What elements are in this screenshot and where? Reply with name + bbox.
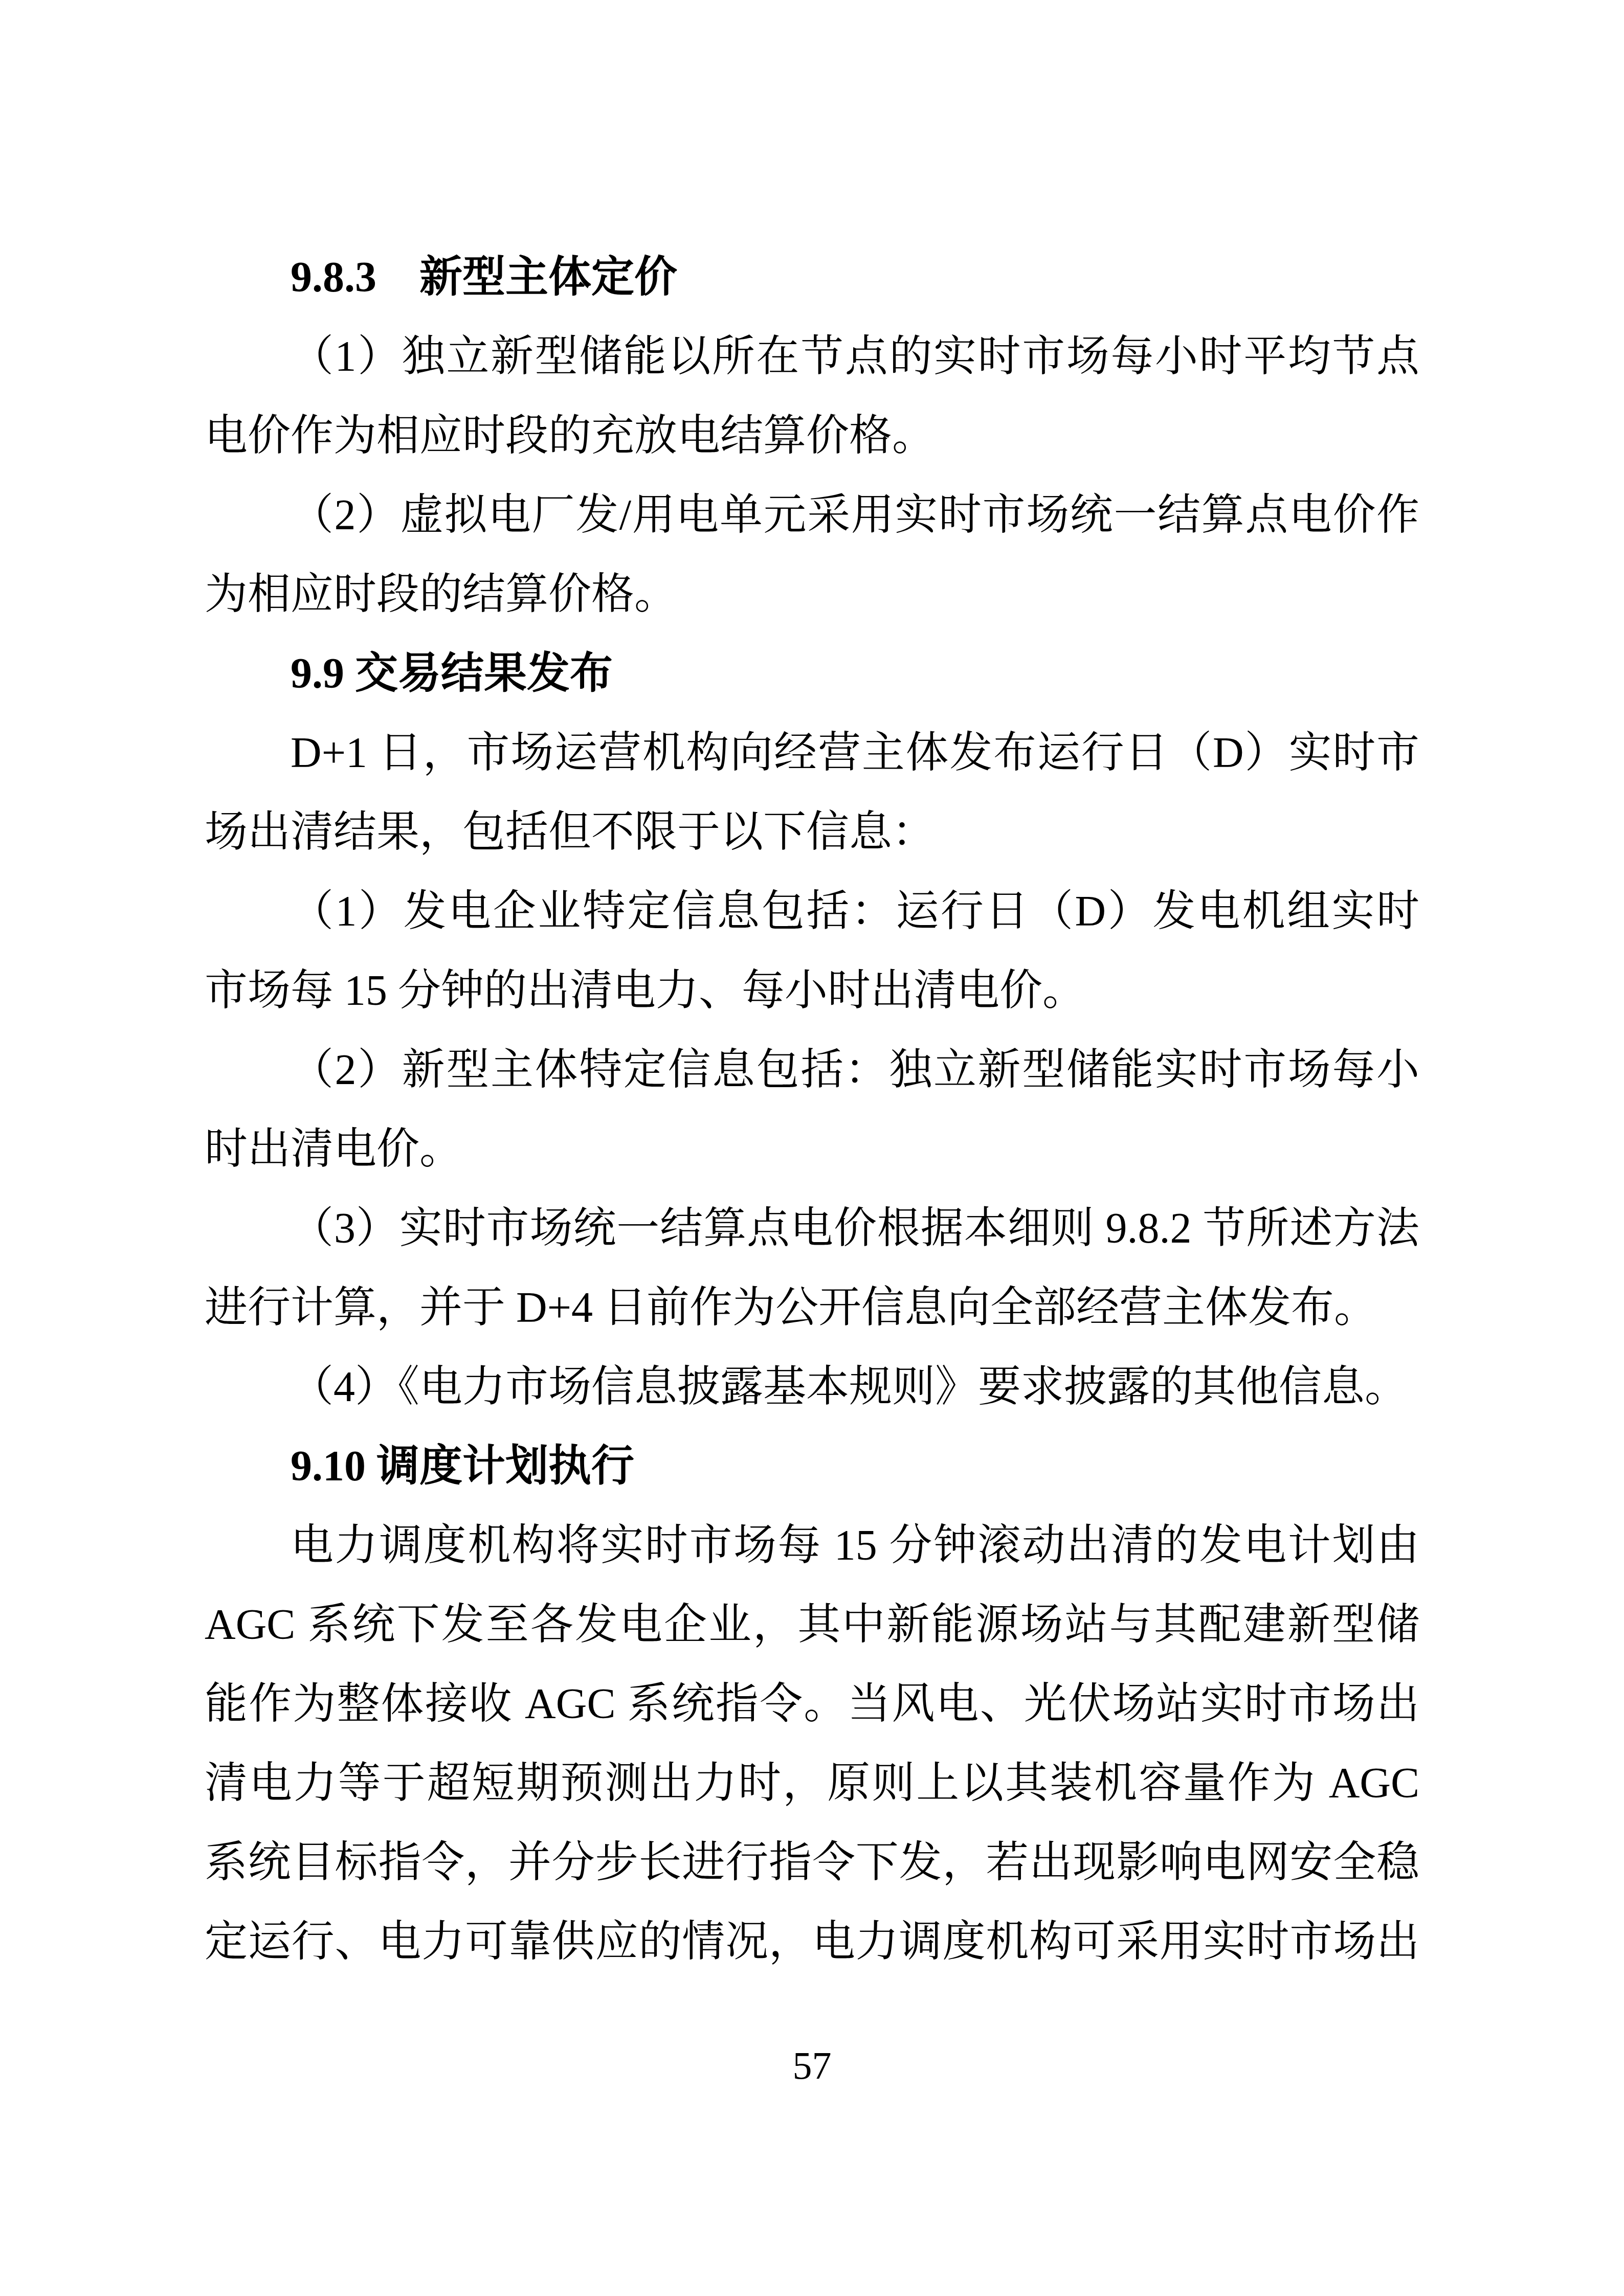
body-text-line: 市场每 15 分钟的出清电力、每小时出清电价。 [205, 951, 1419, 1030]
body-text-line: 场出清结果，包括但不限于以下信息： [205, 793, 1419, 872]
section-heading: 9.10 调度计划执行 [205, 1427, 1419, 1506]
page-number: 57 [793, 2033, 832, 2099]
body-text-line: （1）独立新型储能以所在节点的实时市场每小时平均节点 [205, 317, 1419, 396]
page-footer: 57 [0, 2033, 1624, 2099]
document-body: 9.8.3 新型主体定价（1）独立新型储能以所在节点的实时市场每小时平均节点电价… [205, 238, 1419, 1982]
body-text-line: D+1 日，市场运营机构向经营主体发布运行日（D）实时市 [205, 713, 1419, 793]
body-text-line: 定运行、电力可靠供应的情况，电力调度机构可采用实时市场出 [205, 1902, 1419, 1982]
body-text-line: 电价作为相应时段的充放电结算价格。 [205, 396, 1419, 476]
body-text-line: 为相应时段的结算价格。 [205, 555, 1419, 634]
body-text-line: （3）实时市场统一结算点电价根据本细则 9.8.2 节所述方法 [205, 1189, 1419, 1268]
body-text-line: （2）虚拟电厂发/用电单元采用实时市场统一结算点电价作 [205, 476, 1419, 555]
body-text-line: AGC 系统下发至各发电企业，其中新能源场站与其配建新型储 [205, 1585, 1419, 1664]
body-text-line: 时出清电价。 [205, 1110, 1419, 1189]
body-text-line: 系统目标指令，并分步长进行指令下发，若出现影响电网安全稳 [205, 1823, 1419, 1902]
body-text-line: （2）新型主体特定信息包括：独立新型储能实时市场每小 [205, 1030, 1419, 1110]
section-heading: 9.8.3 新型主体定价 [205, 238, 1419, 317]
body-text-line: （1）发电企业特定信息包括：运行日（D）发电机组实时 [205, 872, 1419, 951]
section-heading: 9.9 交易结果发布 [205, 634, 1419, 713]
body-text-line: 电力调度机构将实时市场每 15 分钟滚动出清的发电计划由 [205, 1506, 1419, 1585]
document-page: 9.8.3 新型主体定价（1）独立新型储能以所在节点的实时市场每小时平均节点电价… [0, 0, 1624, 2296]
body-text-line: （4）《电力市场信息披露基本规则》要求披露的其他信息。 [205, 1347, 1419, 1427]
body-text-line: 能作为整体接收 AGC 系统指令。当风电、光伏场站实时市场出 [205, 1664, 1419, 1744]
body-text-line: 进行计算，并于 D+4 日前作为公开信息向全部经营主体发布。 [205, 1268, 1419, 1347]
body-text-line: 清电力等于超短期预测出力时，原则上以其装机容量作为 AGC [205, 1744, 1419, 1823]
